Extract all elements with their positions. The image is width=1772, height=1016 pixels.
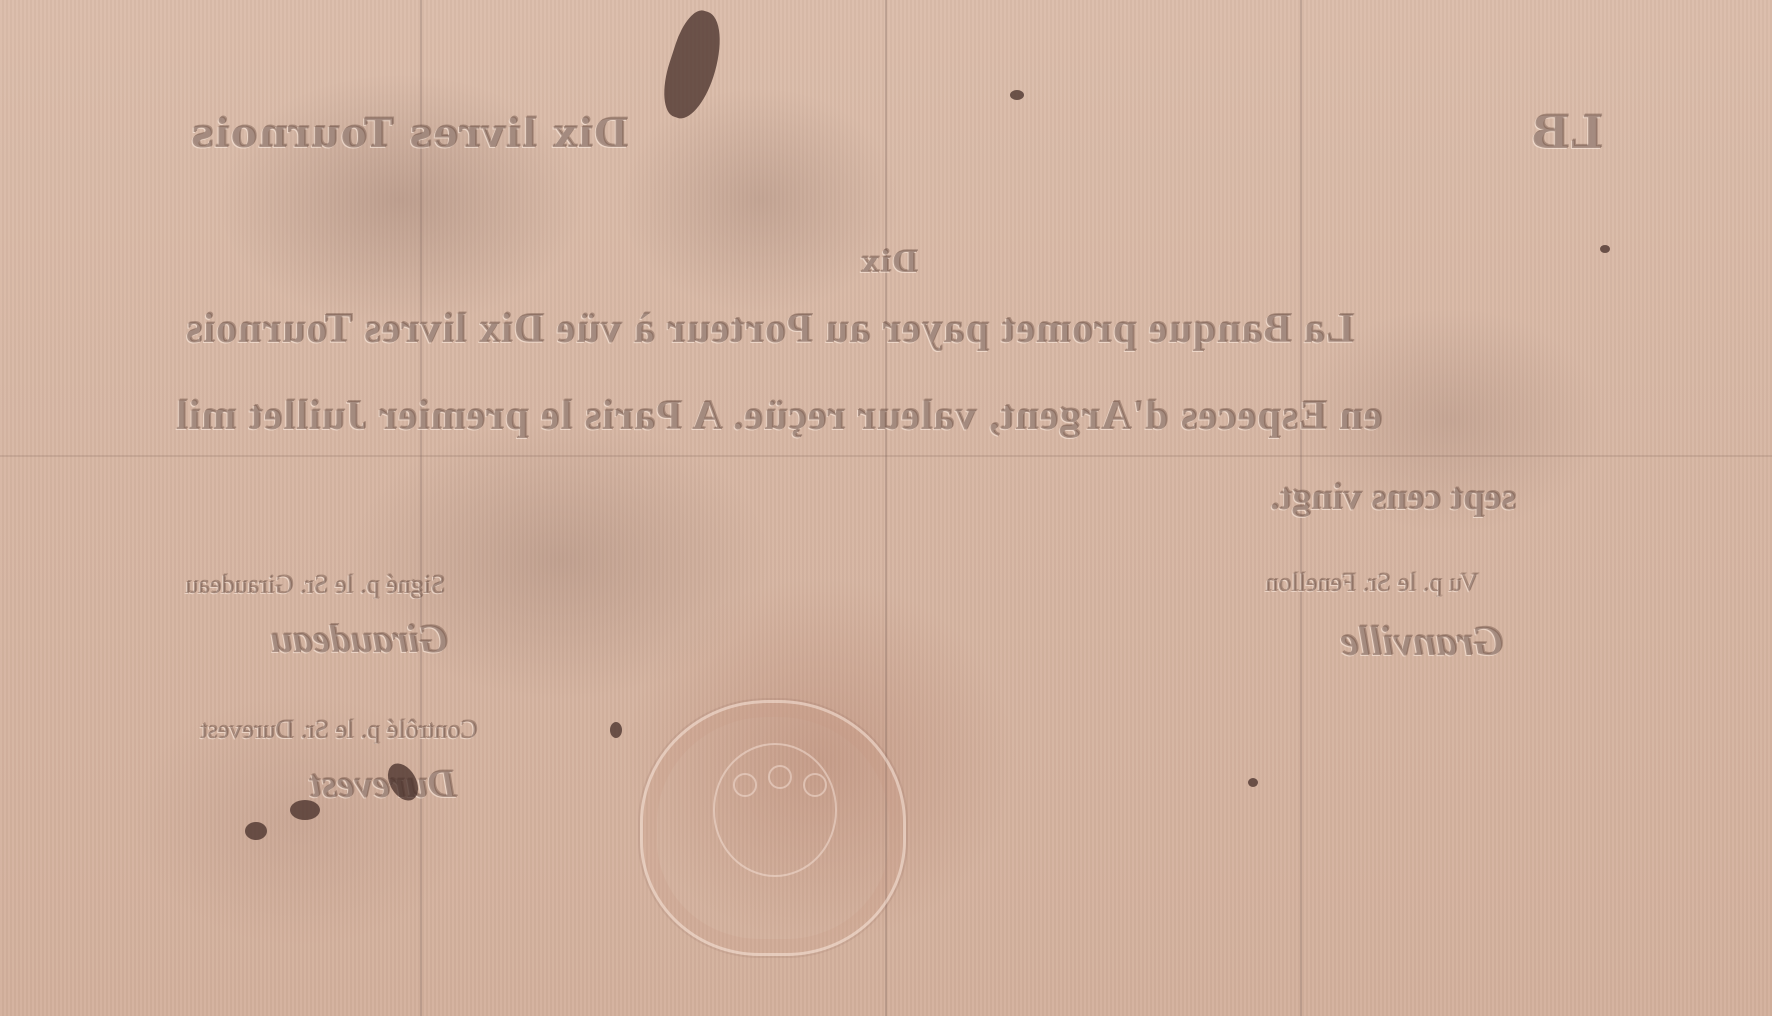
signature-left-1-name: Giraudeau [270,615,448,662]
seal-inner-ring [713,743,837,877]
seal-ornament [733,773,757,797]
header-title: Dix livres Tournois [190,110,629,157]
body-line-2: en Especes d'Argent, valeur reçüe. A Par… [175,392,1382,440]
ink-stain [1010,90,1024,100]
ink-stain [1600,245,1610,253]
body-line-3: sept cens vingt. [1270,475,1516,519]
embossed-seal-icon [640,700,906,956]
signature-left-1-caption: Signé p. le Sr. Giraudeau [185,570,445,600]
ink-stain [245,822,267,840]
fold-line [0,455,1772,457]
banknote-reverse: Dix livres Tournois LB Dix La Banque pro… [0,0,1772,1016]
serial-sub: Dix [860,245,918,280]
body-line-1: La Banque promet payer au Porteur à vüe … [185,305,1354,353]
signature-right-caption: Vu p. le Sr. Fenellon [1265,568,1479,598]
ink-stain [654,6,732,125]
ink-stain [610,722,622,738]
seal-ornament [768,765,792,789]
ink-stain [290,800,320,820]
signature-left-2-name: Durevest [310,760,457,807]
serial-mark: LB [1530,105,1603,159]
signature-right-name: Granville [1340,618,1503,666]
seal-ornament [803,773,827,797]
ink-stain [1248,778,1258,787]
signature-left-2-caption: Contrôlé p. le Sr. Durevest [200,715,477,745]
